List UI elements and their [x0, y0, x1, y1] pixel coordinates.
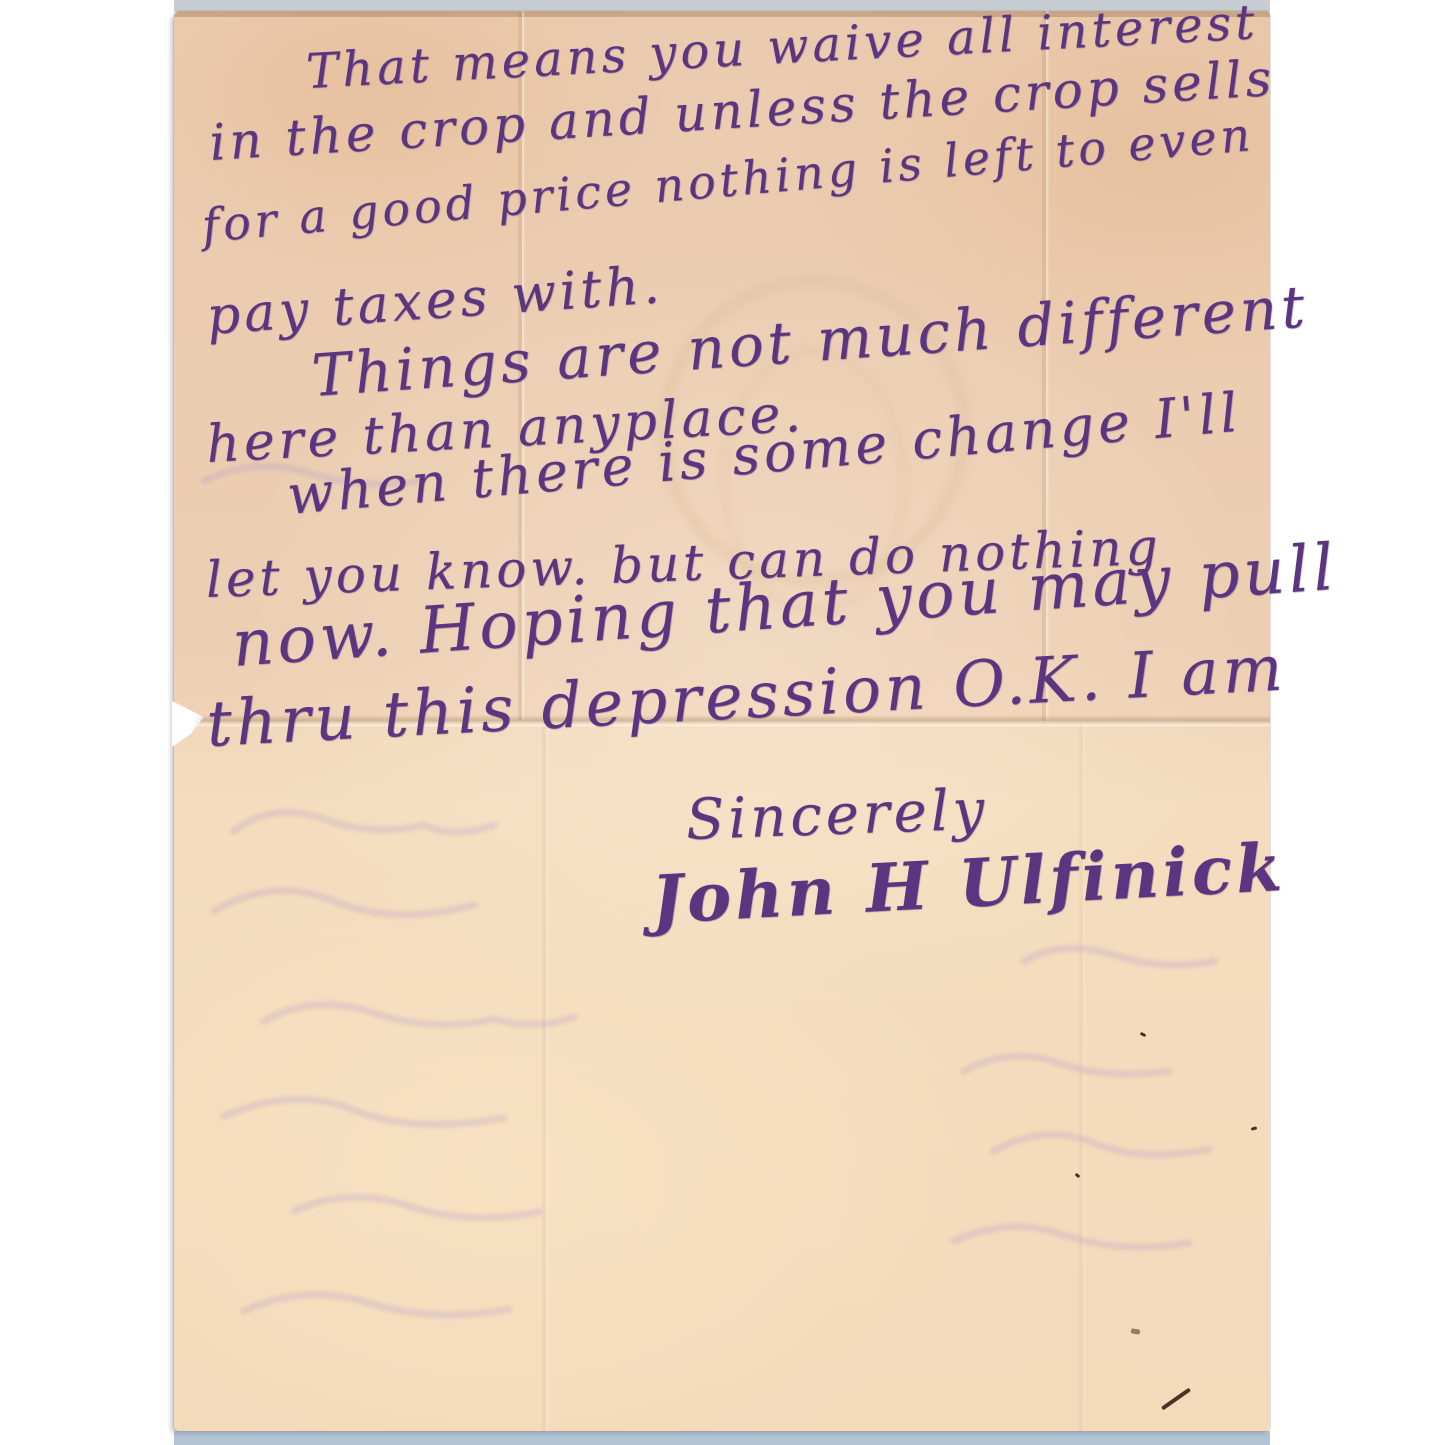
- ink-speck: [1251, 1126, 1258, 1130]
- fold-crease-vertical-lower-right: [1079, 723, 1083, 1431]
- letter-paper: That means you waive all interest in the…: [174, 11, 1270, 1431]
- ink-speck: [1131, 1328, 1141, 1334]
- closing-line: Sincerely: [685, 782, 989, 849]
- fold-crease-vertical-lower-left: [542, 723, 546, 1431]
- stray-ink-mark: [1161, 1388, 1191, 1411]
- scanned-letter-photo: That means you waive all interest in the…: [0, 0, 1445, 1445]
- scan-strip-bottom: [174, 1431, 1270, 1445]
- ink-speck: [1140, 1032, 1147, 1037]
